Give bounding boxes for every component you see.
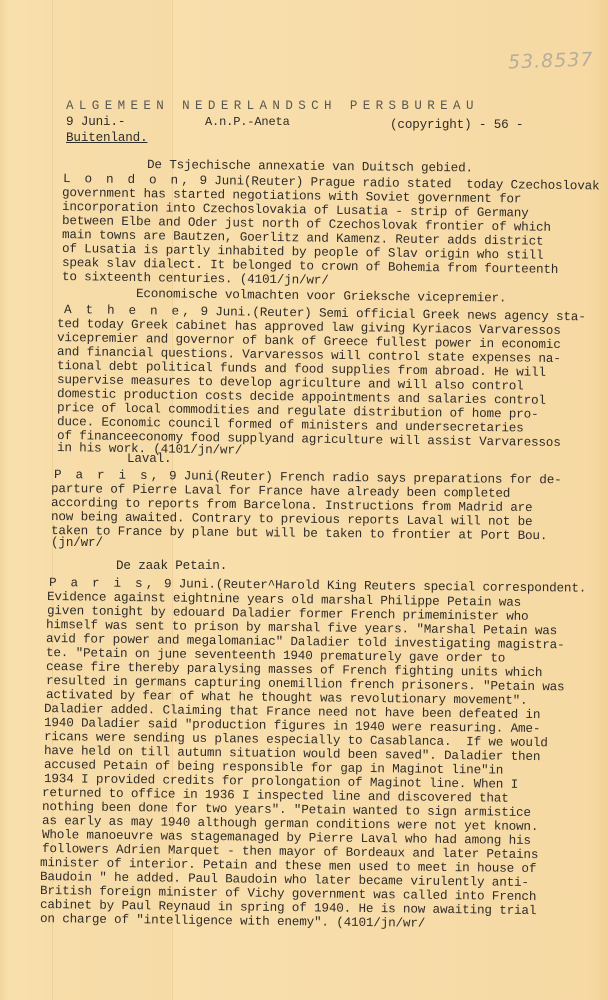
article-heading: De zaak Petain. — [116, 559, 227, 574]
header-source: A.n.P.-Aneta — [205, 115, 290, 130]
header-copyright-page: (copyright) - 56 - — [390, 118, 523, 133]
agency-name: ALGEMEEN NEDERLANDSCH PERSBUREAU — [66, 99, 479, 114]
article-line: (jn/wr/ — [51, 536, 103, 551]
document-page: 53.8537 ALGEMEEN NEDERLANDSCH PERSBUREAU… — [0, 0, 608, 1000]
header-date: 9 Juni.- — [66, 115, 125, 130]
section-title: Buitenland. — [66, 131, 147, 146]
dateline: P a r i s, — [49, 576, 157, 591]
article-heading: Economische volmachten voor Grieksche vi… — [136, 287, 507, 307]
article-line: to sixteenth centuries. (4101/jn/wr/ — [62, 270, 329, 289]
archive-number: 53.8537 — [508, 49, 594, 74]
dateline: P a r i s, — [54, 468, 162, 483]
article-heading: Laval. — [127, 452, 171, 467]
